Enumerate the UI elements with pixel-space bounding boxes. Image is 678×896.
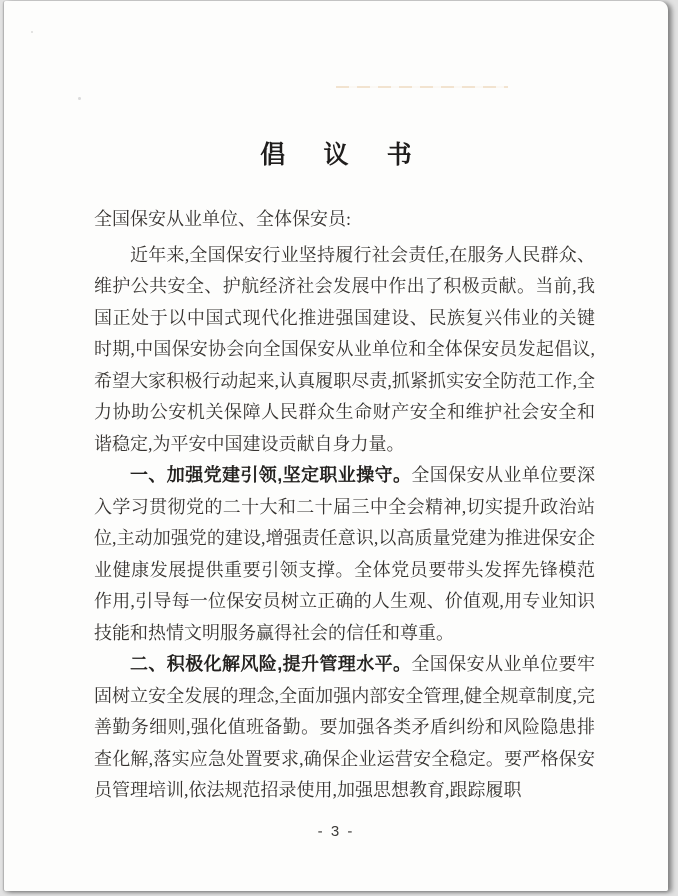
paragraph-2-text: 全国保安从业单位要牢固树立安全发展的理念,全面加强内部安全管理,健全规章制度,完… xyxy=(94,654,595,800)
page-number: - 3 - xyxy=(4,823,668,840)
salutation: 全国保安从业单位、全体保安员: xyxy=(94,204,595,236)
document-title: 倡 议 书 xyxy=(4,141,668,171)
paragraph-1-text: 全国保安从业单位要深入学习贯彻党的二十大和二十届三中全会精神,切实提升政治站位,… xyxy=(94,465,595,643)
paragraph-intro: 近年来,全国保安行业坚持履行社会责任,在服务人民群众、维护公共安全、护航经济社会… xyxy=(94,240,595,461)
scan-speck xyxy=(78,97,81,100)
scan-artifact-line xyxy=(336,86,508,88)
paragraph-2-heading: 二、积极化解风险,提升管理水平。 xyxy=(130,654,411,674)
paper-sheet: 倡 议 书 全国保安从业单位、全体保安员: 近年来,全国保安行业坚持履行社会责任… xyxy=(4,1,668,891)
paragraph-1: 一、加强党建引领,坚定职业操守。全国保安从业单位要深入学习贯彻党的二十大和二十届… xyxy=(94,460,595,649)
scanned-document: 倡 议 书 全国保安从业单位、全体保安员: 近年来,全国保安行业坚持履行社会责任… xyxy=(0,0,678,896)
paragraph-intro-text: 近年来,全国保安行业坚持履行社会责任,在服务人民群众、维护公共安全、护航经济社会… xyxy=(94,245,595,454)
scan-speck xyxy=(31,31,33,33)
paragraph-2: 二、积极化解风险,提升管理水平。全国保安从业单位要牢固树立安全发展的理念,全面加… xyxy=(94,649,595,807)
paragraph-1-heading: 一、加强党建引领,坚定职业操守。 xyxy=(130,465,411,485)
document-body: 全国保安从业单位、全体保安员: 近年来,全国保安行业坚持履行社会责任,在服务人民… xyxy=(94,204,595,807)
